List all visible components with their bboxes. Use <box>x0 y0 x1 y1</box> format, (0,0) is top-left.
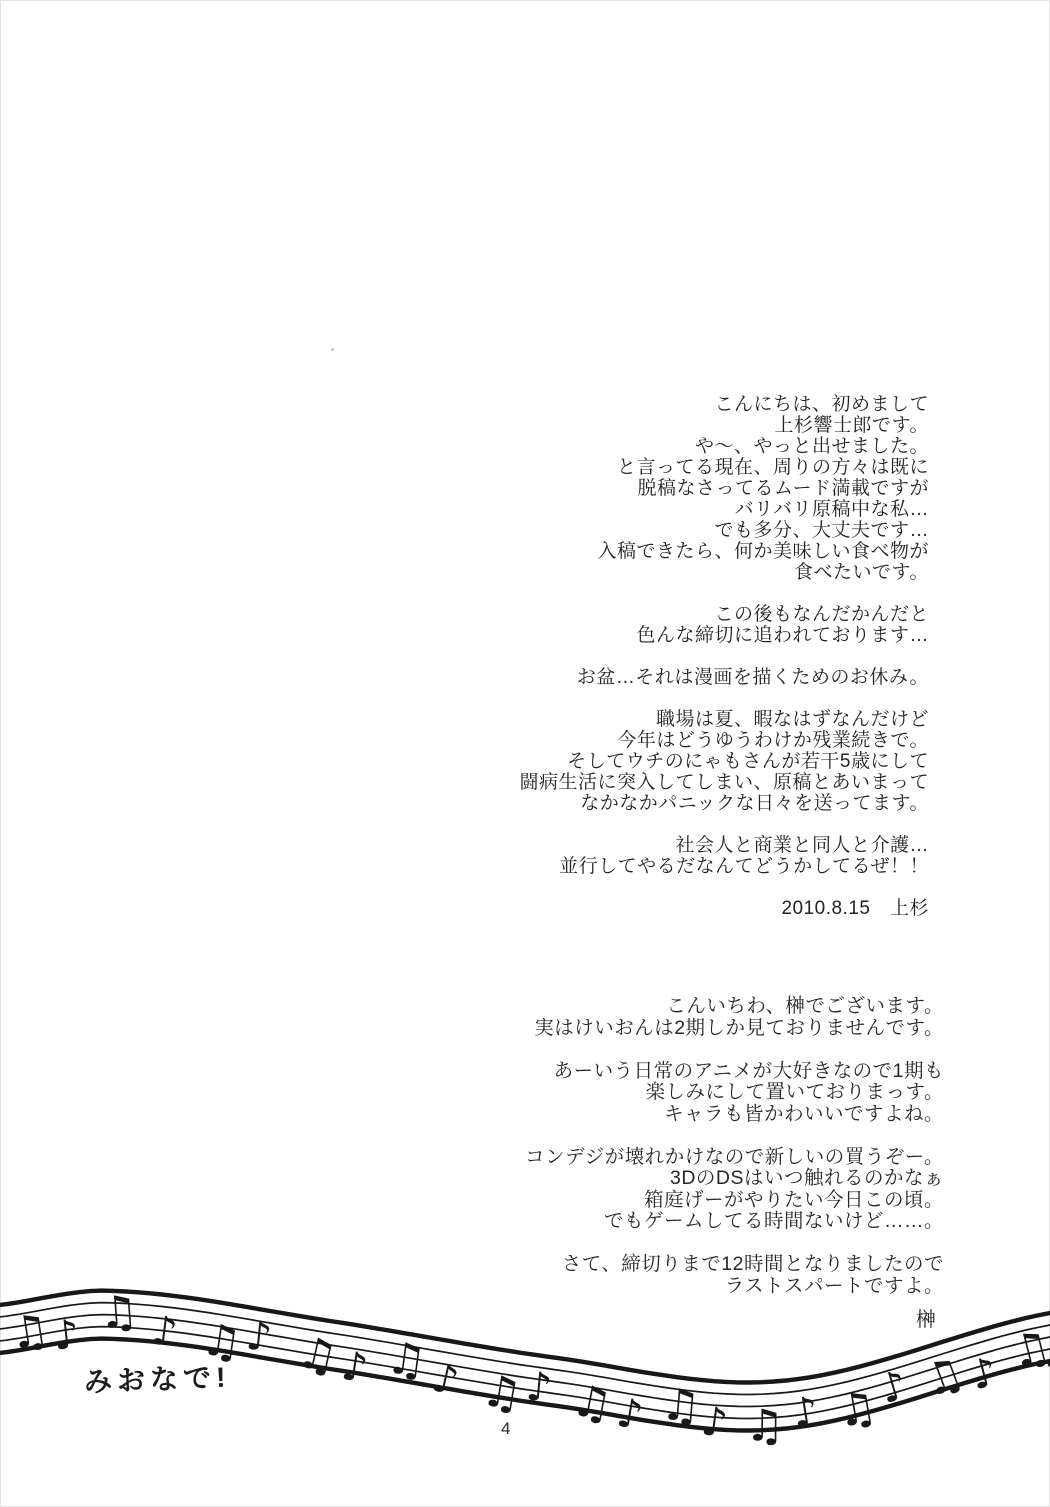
music-note-icon: ♫ <box>833 1381 881 1438</box>
music-note-icon: ♫ <box>1005 1320 1050 1379</box>
music-note-icon: ♪ <box>244 1313 274 1361</box>
music-note-icon: ♪ <box>149 1308 180 1357</box>
music-note-icon: ♫ <box>745 1400 785 1451</box>
staff-title-mionade: みおなで! <box>83 1355 231 1400</box>
music-note-icon: ♪ <box>875 1362 912 1413</box>
afterword-text-sakaki: こんいちわ、榊でございます。 実はけいおんは2期しか見ておりませんです。 あーい… <box>525 996 944 1297</box>
music-note-icon: ♪ <box>1038 1328 1050 1378</box>
music-note-icon: ♫ <box>568 1375 616 1432</box>
scan-artifact-dot <box>331 348 334 351</box>
afterword-text-uesugi: こんにちは、初めまして 上杉響士郎です。 や～、やっと出せました。 と言ってる現… <box>519 394 929 919</box>
music-note-icon: ♪ <box>51 1311 81 1359</box>
music-note-icon: ♪ <box>338 1343 370 1392</box>
music-note-icon: ♪ <box>428 1355 463 1406</box>
music-note-icon: ♪ <box>789 1388 821 1437</box>
music-note-icon: ♪ <box>699 1398 731 1447</box>
music-note-icon: ♫ <box>97 1286 140 1340</box>
music-note-icon: ♫ <box>293 1326 343 1384</box>
scanned-afterword-page: こんにちは、初めまして 上杉響士郎です。 や～、やっと出せました。 と言ってる現… <box>0 0 1050 1507</box>
music-note-icon: ♫ <box>659 1379 702 1433</box>
music-note-icon: ♪ <box>613 1390 646 1440</box>
music-note-icon: ♫ <box>6 1304 53 1360</box>
music-note-icon: ♫ <box>478 1365 525 1422</box>
music-note-icon: ♫ <box>384 1332 430 1388</box>
music-note-icon: ♪ <box>524 1364 554 1412</box>
page-number: 4 <box>501 1419 510 1439</box>
sakaki-signature: 榊 <box>916 1303 936 1332</box>
music-note-icon: ♫ <box>916 1347 971 1409</box>
music-note-icon: ♪ <box>966 1349 1002 1400</box>
